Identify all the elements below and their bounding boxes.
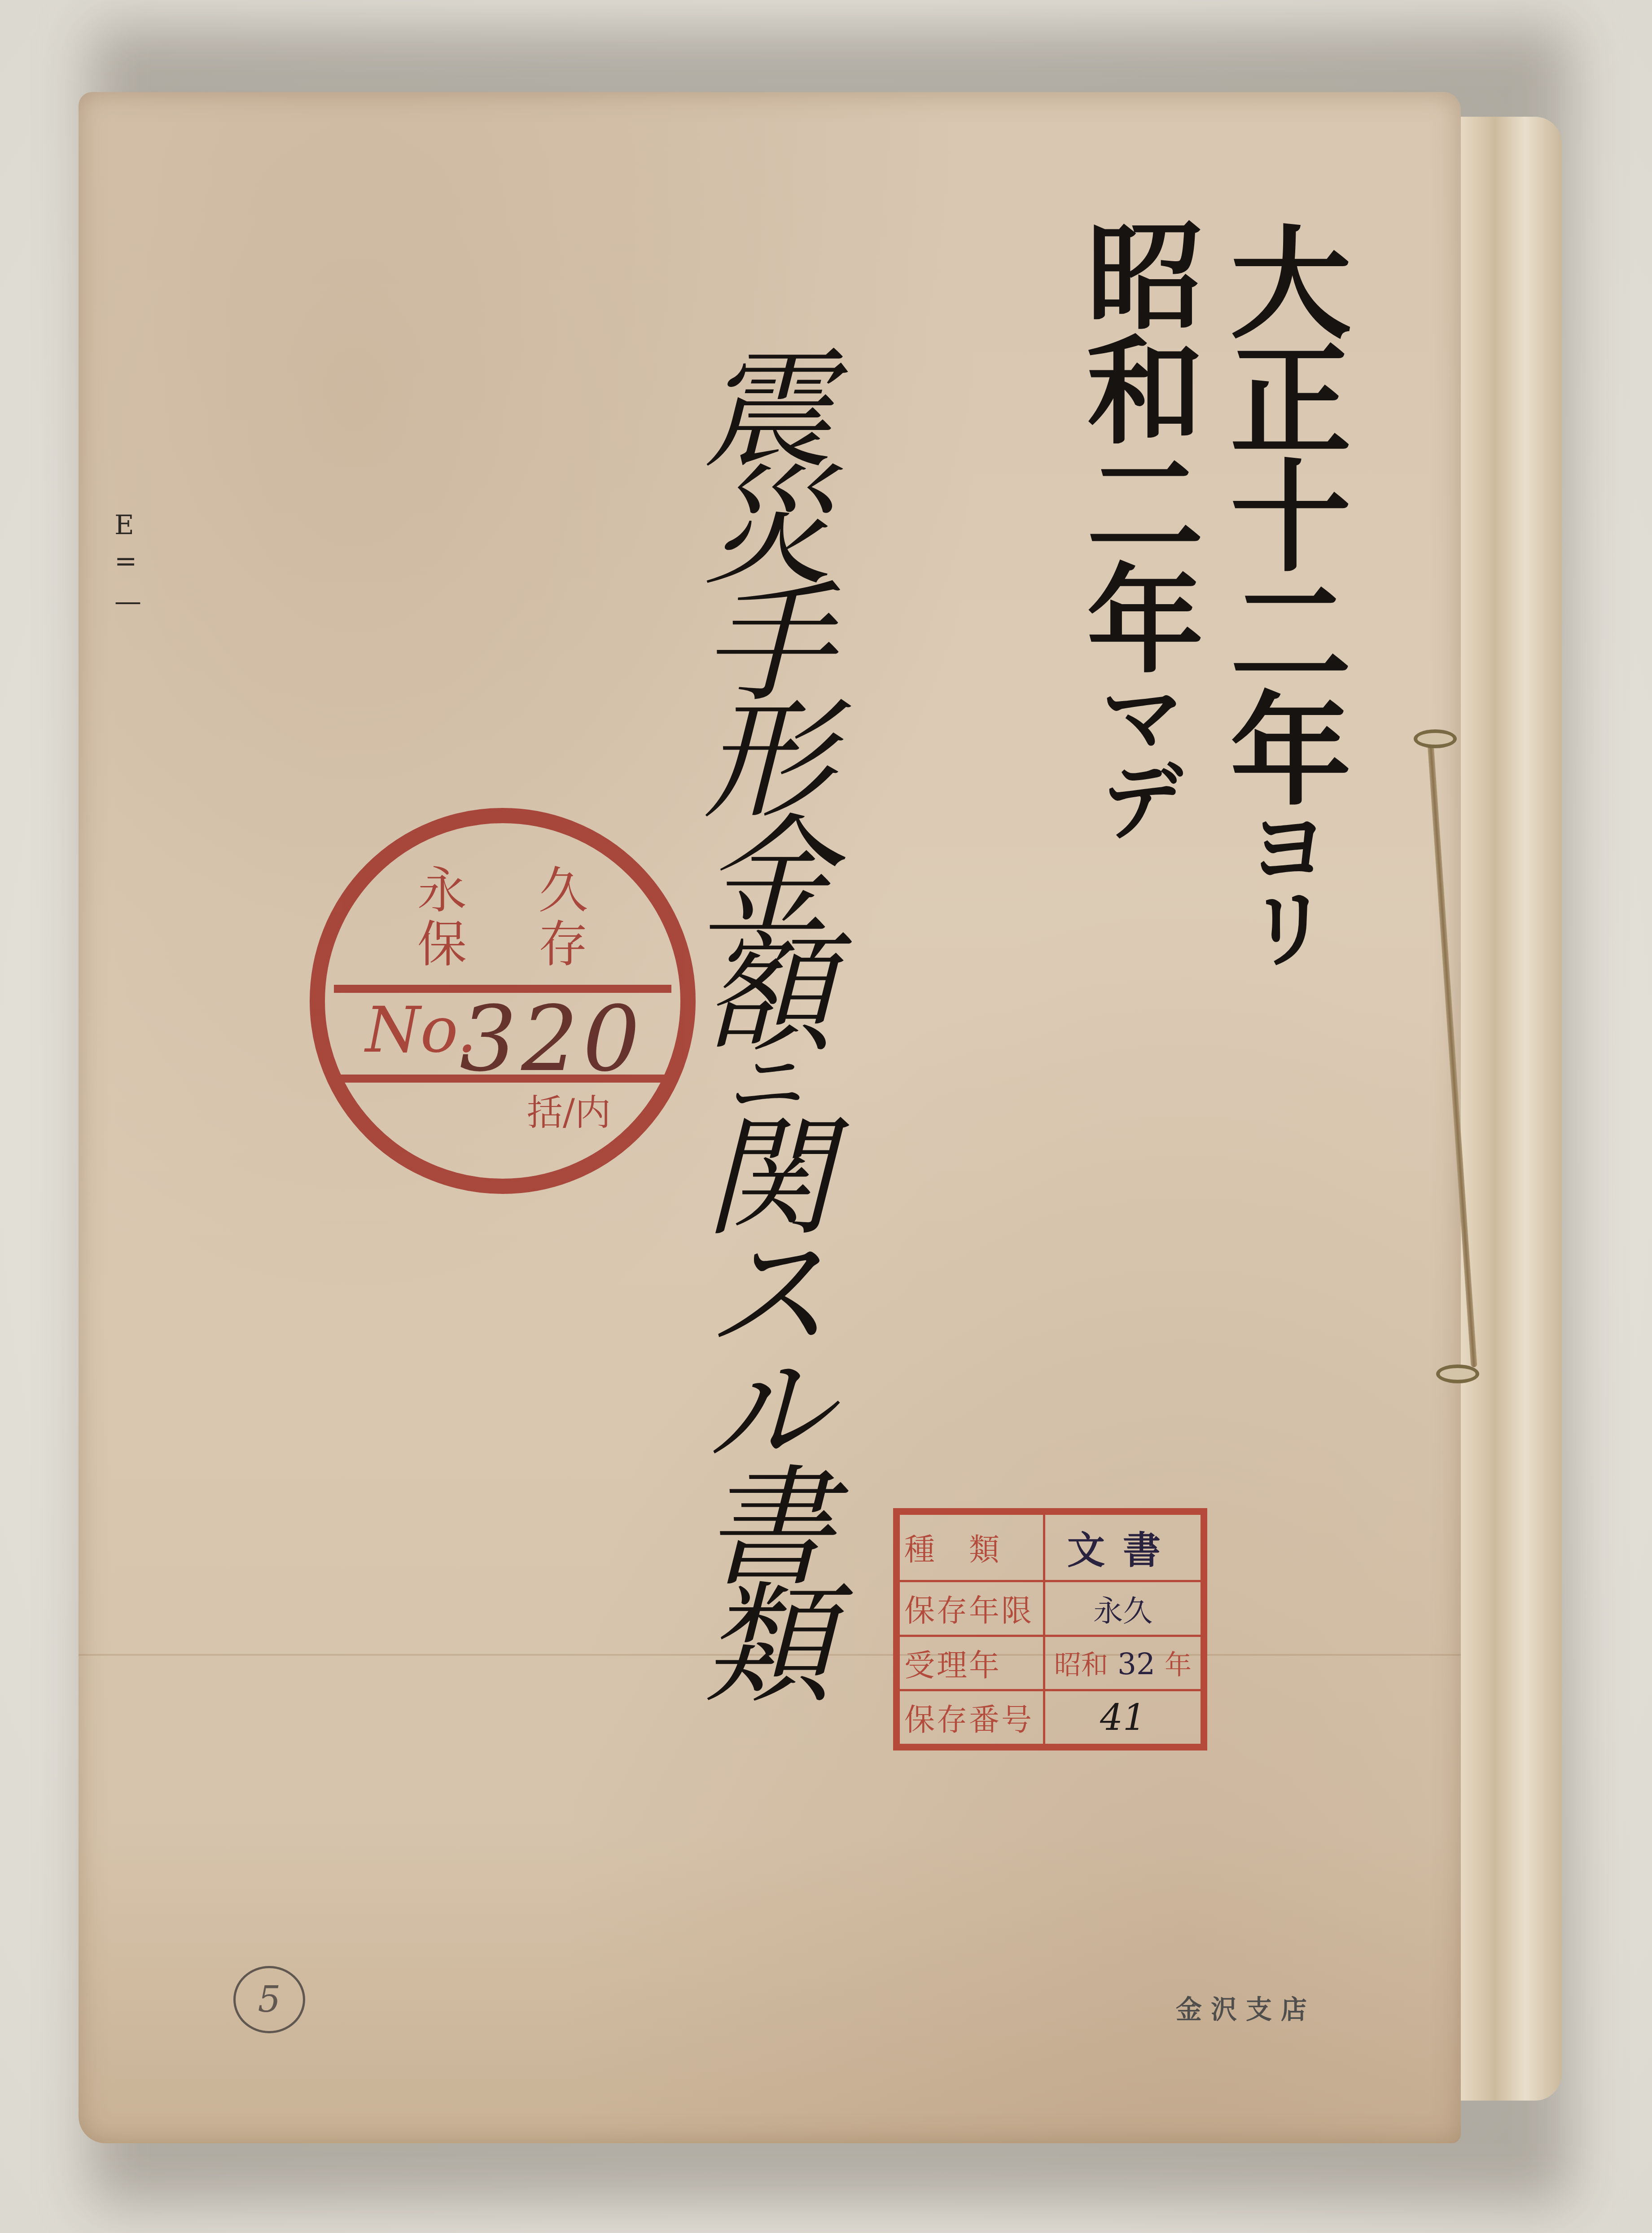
record-label-type: 種 類 [899,1514,1044,1581]
title-end-suffix: マデ [1086,673,1186,839]
record-label-storage-number: 保存番号 [899,1690,1044,1745]
subject-main: 震災手形金額 [681,341,832,1041]
record-row: 受理年 昭和 32 年 [899,1636,1202,1690]
spine-mark: — [114,586,141,617]
stamp-sub-text: 括/内 [527,1084,611,1135]
stamp-divider [334,1075,671,1083]
record-value-retention: 永久 [1044,1581,1202,1636]
record-info-stamp: 種 類 文書 保存年限 永久 受理年 昭和 32 年 保存番号 41 [893,1508,1207,1750]
binding-grommet-icon [1414,729,1457,748]
permanent-storage-stamp: 永久保存 No. 320 括/内 [310,808,696,1194]
title-end-era: 昭和二年 [1067,215,1204,673]
title-start-era: 大正十二年 [1210,220,1353,803]
binding-grommet-icon [1436,1364,1479,1383]
received-year-number: 32 [1117,1647,1155,1681]
spine-mark: E [114,509,134,541]
subject-rest: 関スル書類 [681,1109,832,1692]
document-subject: 震災手形金額ニ関スル書類 [691,341,821,1692]
title-start-date: 大正十二年ヨリ [1221,220,1342,965]
title-end-date: 昭和二年マデ [1077,215,1194,839]
record-label-retention: 保存年限 [899,1581,1044,1636]
record-value-received-year: 昭和 32 年 [1044,1636,1202,1690]
subject-particle: ニ [710,1041,803,1109]
record-label-received-year: 受理年 [899,1636,1044,1690]
circled-number-mark: 5 [233,1966,305,2033]
received-era: 昭和 [1054,1650,1108,1681]
record-table: 種 類 文書 保存年限 永久 受理年 昭和 32 年 保存番号 41 [898,1513,1203,1746]
received-year-suffix: 年 [1165,1650,1192,1681]
title-start-suffix: ヨリ [1231,803,1332,965]
spine-mark: = [114,545,137,577]
record-value-storage-number: 41 [1044,1690,1202,1745]
record-row: 保存年限 永久 [899,1581,1202,1636]
stamp-top-text: 永久保存 [325,864,680,971]
branch-office-label: 金沢支店 [1176,1988,1316,2026]
record-row: 保存番号 41 [899,1690,1202,1745]
spine-label: E = — [92,496,159,1124]
record-row: 種 類 文書 [899,1514,1202,1581]
record-value-type: 文書 [1044,1514,1202,1581]
